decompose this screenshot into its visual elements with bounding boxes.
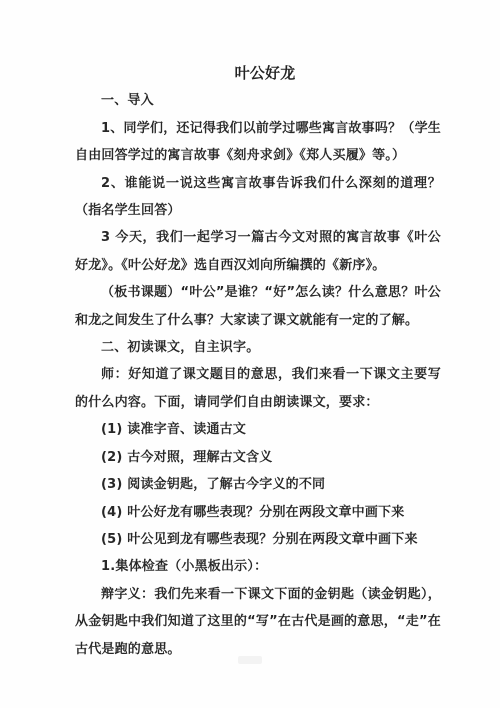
para-recall-fables-question: 1、同学们，还记得我们以前学过哪些寓言故事吗？（学生自由回答学过的寓言故事《刻舟…	[75, 115, 441, 170]
document-title: 叶公好龙	[89, 60, 441, 87]
list-item-reading-requirement-1: (1) 读准字音、读通古文	[75, 416, 441, 443]
list-item-reading-requirement-2: (2) 古今对照，理解古文含义	[75, 444, 441, 471]
para-group-check: 1.集体检查（小黑板出示）：	[75, 553, 441, 580]
para-lesson-introduction: 3 今天，我们一起学习一篇古今文对照的寓言故事《叶公好龙》。《叶公好龙》选自西汉…	[75, 224, 441, 279]
para-teacher-instruction: 师：好知道了课文题目的意思，我们来看一下课文主要写的什么内容。下面，请同学们自由…	[75, 361, 441, 416]
para-word-meaning-explanation: 辩字义：我们先来看一下课文下面的金钥匙（读金钥匙），从金钥匙中我们知道了这里的“…	[75, 581, 441, 663]
para-board-title-questions: （板书课题）“叶公”是谁？“好”怎么读？什么意思？叶公和龙之间发生了什么事？大家…	[75, 279, 441, 334]
list-item-reading-requirement-4: (4) 叶公好龙有哪些表现？分别在两段文章中画下来	[75, 499, 441, 526]
list-item-reading-requirement-5: (5) 叶公见到龙有哪些表现？分别在两段文章中画下来	[75, 526, 441, 553]
list-item-reading-requirement-3: (3) 阅读金钥匙，了解古今字义的不同	[75, 471, 441, 498]
faint-scan-smudge	[238, 656, 262, 664]
section-heading-first-reading: 二、初读课文，自主识字。	[75, 334, 441, 361]
document-page: 叶公好龙 一、导入 1、同学们，还记得我们以前学过哪些寓言故事吗？（学生自由回答…	[0, 0, 500, 708]
section-heading-intro: 一、导入	[75, 87, 441, 114]
para-fable-moral-question: 2、谁能说一说这些寓言故事告诉我们什么深刻的道理？（指名学生回答）	[75, 170, 441, 225]
document-body: 叶公好龙 一、导入 1、同学们，还记得我们以前学过哪些寓言故事吗？（学生自由回答…	[75, 60, 441, 663]
